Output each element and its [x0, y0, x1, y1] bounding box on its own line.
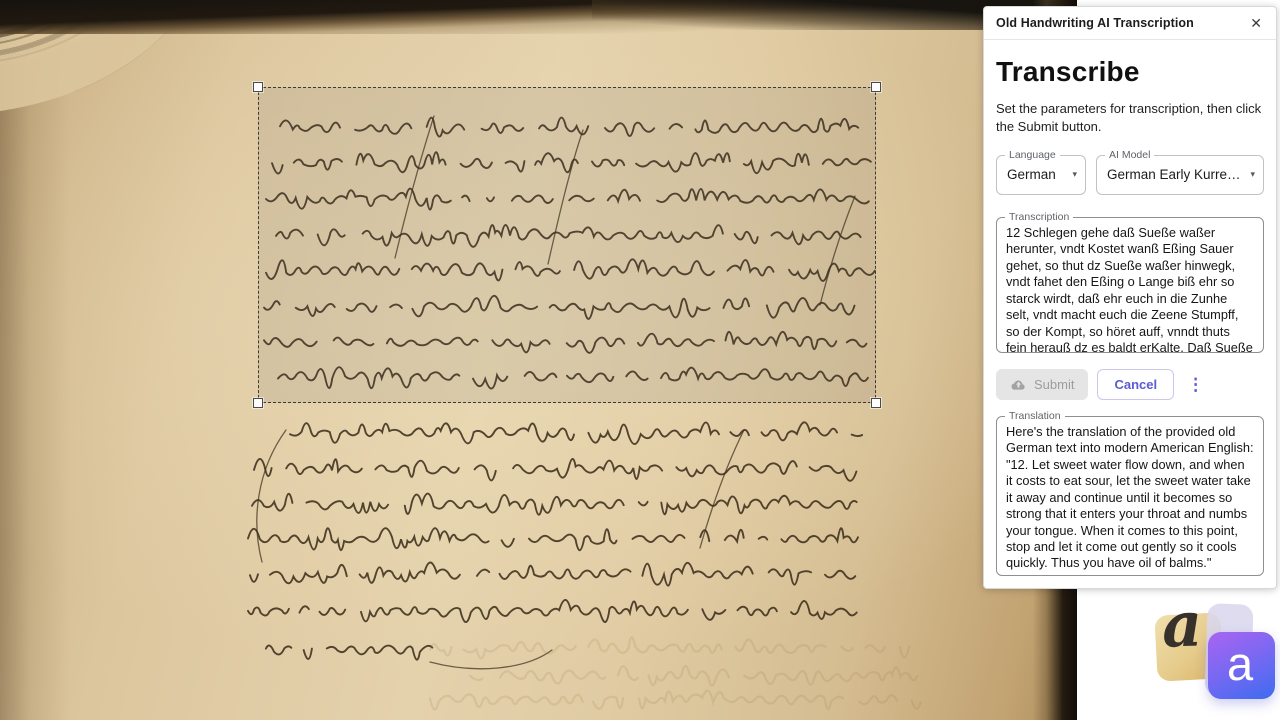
transcription-field: Transcription 12 Schlegen gehe daß Sueße…: [996, 217, 1264, 353]
language-select[interactable]: Language German ▾: [996, 155, 1086, 195]
transcription-textarea[interactable]: 12 Schlegen gehe daß Sueße waßer herunte…: [997, 218, 1263, 352]
manuscript-image[interactable]: [0, 0, 1077, 720]
language-label: Language: [1005, 149, 1060, 161]
transcription-panel: Old Handwriting AI Transcription ✕ Trans…: [983, 6, 1277, 589]
transcription-label: Transcription: [1005, 211, 1073, 223]
app-root: Old Handwriting AI Transcription ✕ Trans…: [0, 0, 1280, 720]
chevron-down-icon: ▾: [1245, 169, 1255, 180]
submit-label: Submit: [1034, 377, 1074, 392]
parameter-row: Language German ▾ AI Model German Early …: [996, 155, 1264, 195]
logo-letter-old: a: [1161, 587, 1204, 661]
close-icon[interactable]: ✕: [1248, 14, 1264, 32]
page-title: Transcribe: [996, 56, 1264, 88]
selection-handle-bottom-left[interactable]: [253, 398, 263, 408]
logo-letter-new: a: [1227, 636, 1253, 691]
action-row: Submit Cancel ⋮: [996, 369, 1264, 400]
model-select[interactable]: AI Model German Early Kurrent (1… ▾: [1096, 155, 1264, 195]
translation-field: Translation Here's the translation of th…: [996, 416, 1264, 576]
panel-body: Transcribe Set the parameters for transc…: [984, 40, 1276, 588]
translation-label: Translation: [1005, 410, 1065, 422]
cancel-label: Cancel: [1114, 377, 1157, 392]
panel-header: Old Handwriting AI Transcription ✕: [984, 7, 1276, 40]
translation-textarea[interactable]: Here's the translation of the provided o…: [997, 417, 1263, 575]
kebab-menu-icon[interactable]: ⋮: [1183, 376, 1208, 393]
selection-handle-top-right[interactable]: [871, 82, 881, 92]
book-top-edge: [0, 0, 1077, 34]
cancel-button[interactable]: Cancel: [1097, 369, 1174, 400]
selection-handle-bottom-right[interactable]: [871, 398, 881, 408]
model-value: German Early Kurrent (1…: [1107, 167, 1245, 182]
model-label: AI Model: [1105, 149, 1154, 161]
selection-box[interactable]: [258, 87, 876, 403]
instructions-text: Set the parameters for transcription, th…: [996, 100, 1264, 137]
language-value: German: [1007, 167, 1056, 182]
selection-handle-top-left[interactable]: [253, 82, 263, 92]
app-logo: a a: [1150, 598, 1278, 718]
cloud-upload-icon: [1010, 378, 1027, 391]
panel-title: Old Handwriting AI Transcription: [996, 16, 1194, 30]
submit-button[interactable]: Submit: [996, 369, 1088, 400]
chevron-down-icon: ▾: [1067, 169, 1077, 180]
